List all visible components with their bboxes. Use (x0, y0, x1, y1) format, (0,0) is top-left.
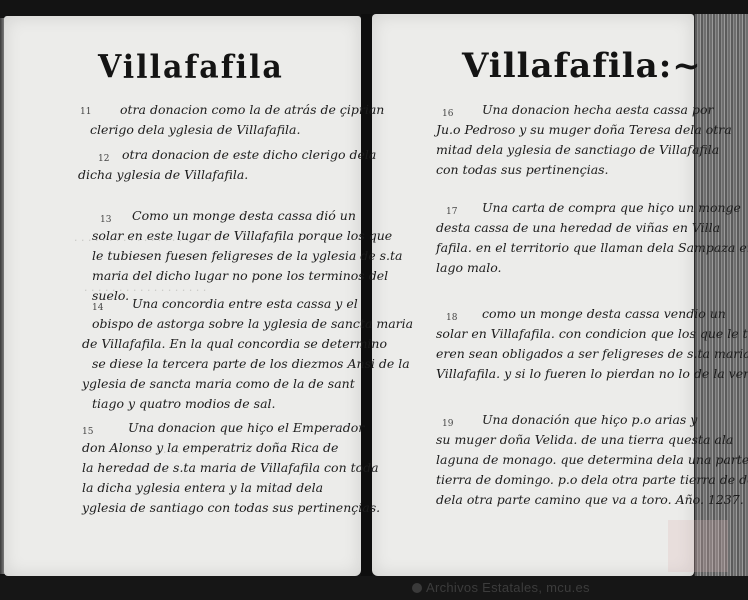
entry-line: Una carta de compra que hiço un monge (436, 198, 748, 218)
left-entry-14: 14 Una concordia entre esta cassa y el o… (92, 294, 413, 414)
entry-line: lago malo. (436, 258, 748, 278)
entry-line: desta cassa de una heredad de viñas en V… (436, 218, 748, 238)
entry-line: Una donacion hecha aesta cassa por (436, 100, 732, 120)
entry-line: maria del dicho lugar no pone los termin… (92, 266, 403, 286)
entry-line: como un monge desta cassa vendio un (436, 304, 748, 324)
entry-line: Como un monge desta cassa dió un (92, 206, 403, 226)
entry-line: de Villafafila. En la qual concordia se … (82, 334, 413, 354)
entry-line: obispo de astorga sobre la yglesia de sa… (92, 314, 413, 334)
entry-number: 16 (442, 104, 453, 124)
entry-line: eren sean obligados a ser feligreses de … (436, 344, 748, 364)
entry-line: dela otra parte camino que va a toro. Añ… (436, 490, 748, 510)
right-entry-18: 18 como un monge desta cassa vendio un s… (436, 304, 748, 384)
entry-line: solar en este lugar de Villafafila porqu… (92, 226, 403, 246)
entry-line: otra donacion de este dicho clerigo dela (100, 145, 376, 165)
entry-line: tiago y quatro modios de sal. (92, 394, 413, 414)
entry-line: don Alonso y la emperatriz doña Rica de (82, 438, 380, 458)
bottom-shadow (0, 576, 748, 600)
entry-number: 19 (442, 414, 453, 434)
entry-line: con todas sus pertinençias. (436, 160, 732, 180)
entry-line: la heredad de s.ta maria de Villafafila … (82, 458, 380, 478)
entry-line: la dicha yglesia entera y la mitad dela (82, 478, 380, 498)
entry-line: le tubiesen fuesen feligreses de la ygle… (92, 246, 403, 266)
entry-line: yglesia de sancta maria como de la de sa… (82, 374, 413, 394)
copyright-icon (412, 583, 422, 593)
document-viewer: · · · · · · · · · · · · · · · · · · · · … (0, 0, 748, 600)
entry-line: su muger doña Velida. de una tierra ques… (436, 430, 748, 450)
archive-stamp (668, 520, 728, 572)
entry-line: se diese la tercera parte de los diezmos… (92, 354, 413, 374)
entry-line: Ju.o Pedroso y su muger doña Teresa dela… (436, 120, 732, 140)
entry-line: yglesia de santiago con todas sus pertin… (82, 498, 380, 518)
left-entry-13: 13 Como un monge desta cassa dió un sola… (92, 206, 403, 306)
entry-number: 14 (92, 298, 103, 318)
entry-number: 11 (80, 102, 91, 122)
right-entry-19: 19 Una donación que hiço p.o arias y su … (436, 410, 748, 510)
entry-line: otra donacion como la de atrás de çipria… (100, 100, 384, 120)
archive-watermark: Archivos Estatales, mcu.es (412, 580, 590, 595)
entry-number: 13 (100, 210, 111, 230)
entry-line: laguna de monago. que determina dela una… (436, 450, 748, 470)
entry-line: fafila. en el territorio que llaman dela… (436, 238, 748, 258)
entry-number: 12 (98, 149, 109, 169)
entry-line: Villafafila. y si lo fueren lo pierdan n… (436, 364, 748, 384)
entry-number: 18 (446, 308, 457, 328)
entry-line: Una concordia entre esta cassa y el (92, 294, 413, 314)
entry-line: mitad dela yglesia de sanctiago de Villa… (436, 140, 732, 160)
entry-line: tierra de domingo. p.o dela otra parte t… (436, 470, 748, 490)
right-entry-16: 16 Una donacion hecha aesta cassa por Ju… (436, 100, 732, 180)
left-entry-15: 15 Una donacion que hiço el Emperador do… (82, 418, 380, 518)
left-page-title: Villafafila (98, 49, 284, 86)
entry-line: solar en Villafafila. con condicion que … (436, 324, 748, 344)
watermark-text: Archivos Estatales, mcu.es (426, 580, 590, 595)
entry-line: dicha yglesia de Villafafila. (78, 165, 376, 185)
entry-number: 15 (82, 422, 93, 442)
right-page-title: Villafafila:~ (462, 46, 702, 86)
left-entry-11: 11 otra donacion como la de atrás de çip… (100, 100, 384, 140)
right-entry-17: 17 Una carta de compra que hiço un monge… (436, 198, 748, 278)
entry-line: Una donacion que hiço el Emperador (82, 418, 380, 438)
entry-line: Una donación que hiço p.o arias y (436, 410, 748, 430)
left-entry-12: 12 otra donacion de este dicho clerigo d… (100, 145, 376, 185)
entry-number: 17 (446, 202, 457, 222)
entry-line: clerigo dela yglesia de Villafafila. (90, 120, 384, 140)
